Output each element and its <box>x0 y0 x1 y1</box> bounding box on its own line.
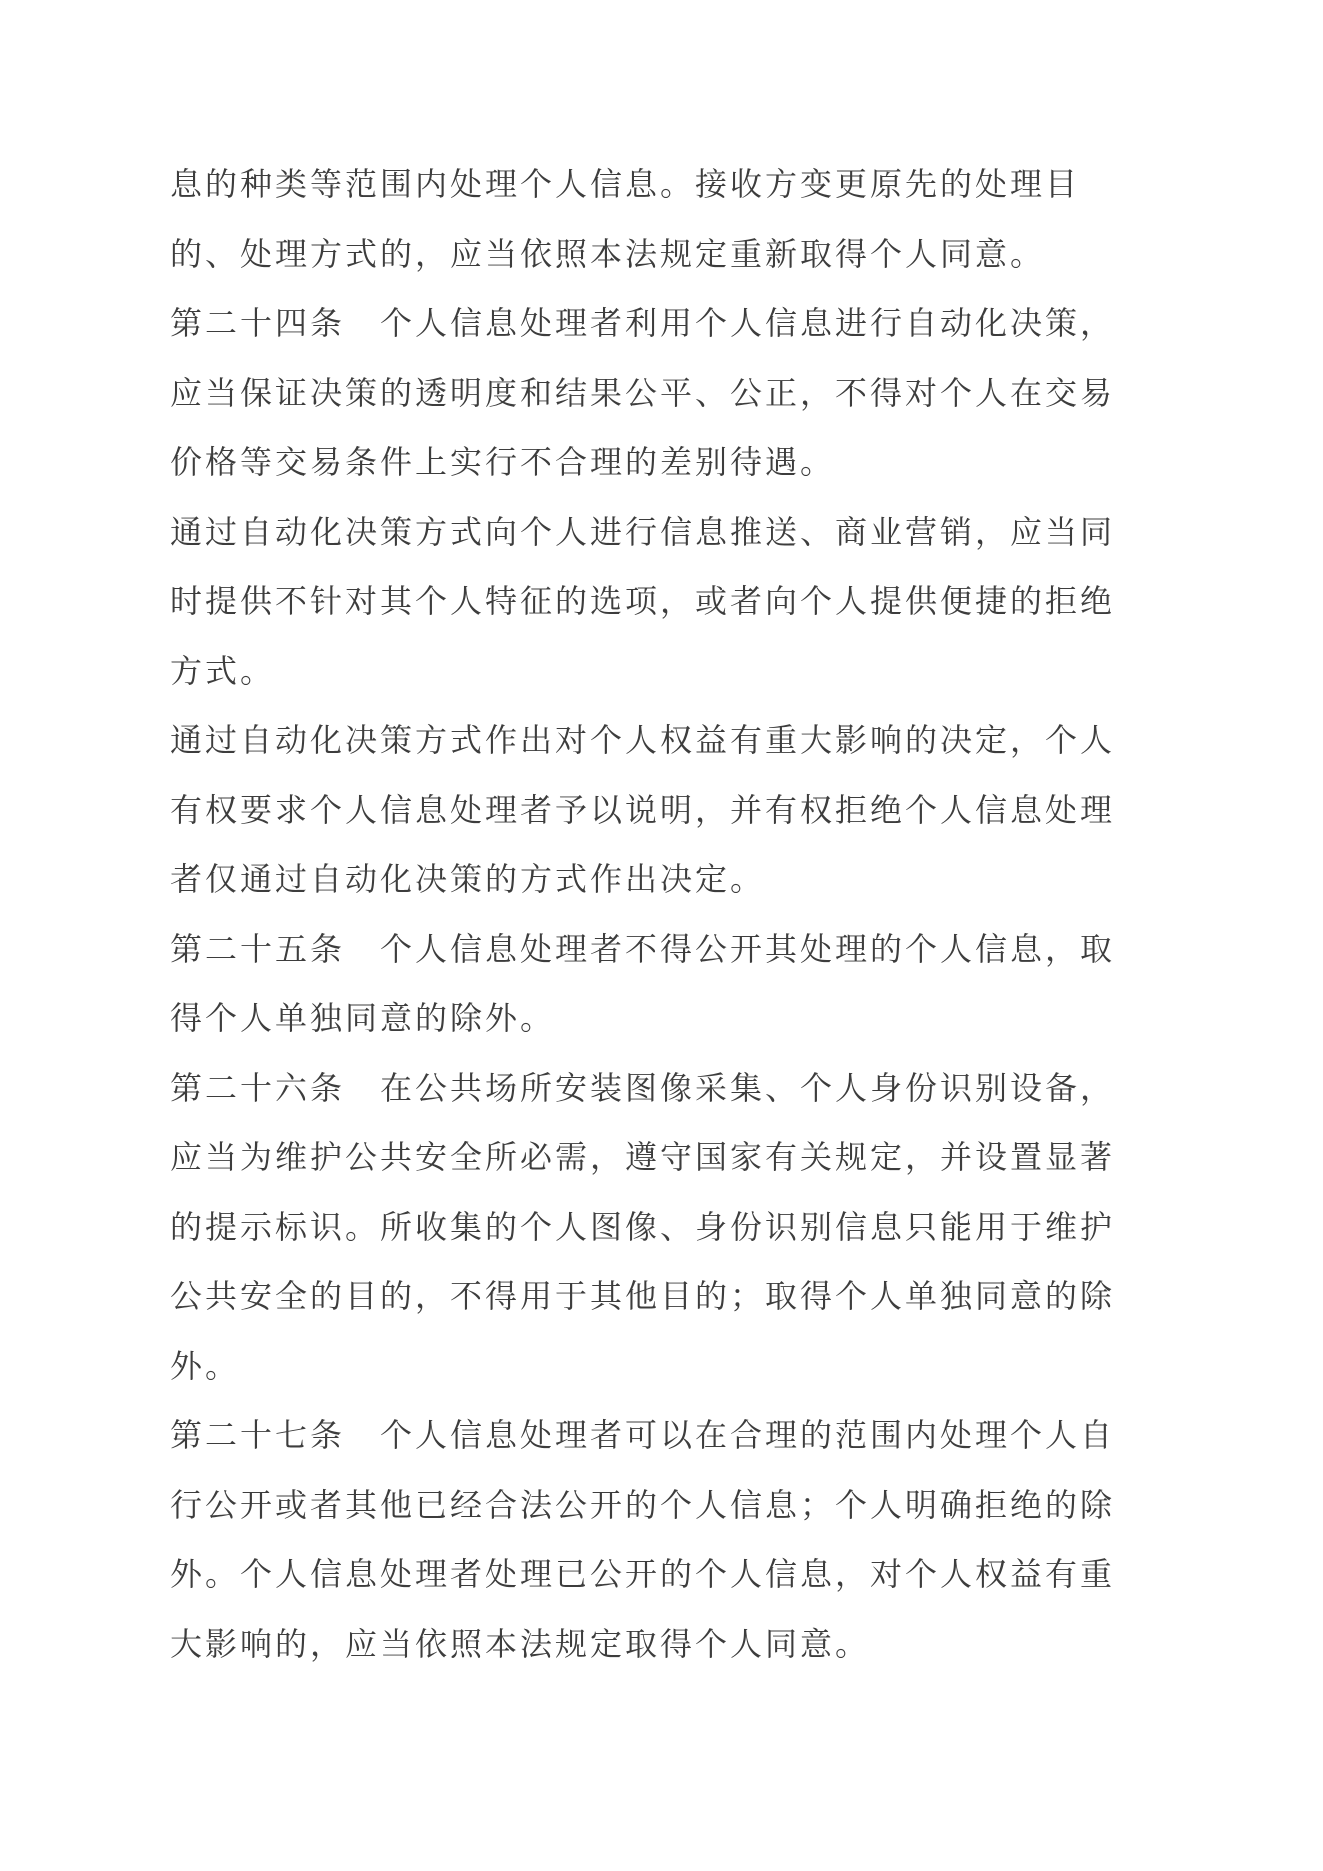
text-line: 方式。 <box>170 637 1160 707</box>
text-line: 公共安全的目的，不得用于其他目的；取得个人单独同意的除 <box>170 1262 1160 1332</box>
text-line: 通过自动化决策方式作出对个人权益有重大影响的决定，个人 <box>170 706 1160 776</box>
text-line: 者仅通过自动化决策的方式作出决定。 <box>170 845 1160 915</box>
text-line: 通过自动化决策方式向个人进行信息推送、商业营销，应当同 <box>170 498 1160 568</box>
text-line: 时提供不针对其个人特征的选项，或者向个人提供便捷的拒绝 <box>170 567 1160 637</box>
text-line: 价格等交易条件上实行不合理的差别待遇。 <box>170 428 1160 498</box>
text-line: 第二十五条 个人信息处理者不得公开其处理的个人信息，取 <box>170 915 1160 985</box>
text-line: 外。个人信息处理者处理已公开的个人信息，对个人权益有重 <box>170 1540 1160 1610</box>
text-line: 的提示标识。所收集的个人图像、身份识别信息只能用于维护 <box>170 1193 1160 1263</box>
text-line: 外。 <box>170 1332 1160 1402</box>
text-line: 第二十四条 个人信息处理者利用个人信息进行自动化决策， <box>170 289 1160 359</box>
document-text-column: 息的种类等范围内处理个人信息。接收方变更原先的处理目的、处理方式的，应当依照本法… <box>170 150 1160 1679</box>
text-line: 大影响的，应当依照本法规定取得个人同意。 <box>170 1610 1160 1680</box>
document-page: 息的种类等范围内处理个人信息。接收方变更原先的处理目的、处理方式的，应当依照本法… <box>0 0 1323 1871</box>
text-line: 有权要求个人信息处理者予以说明，并有权拒绝个人信息处理 <box>170 776 1160 846</box>
text-line: 得个人单独同意的除外。 <box>170 984 1160 1054</box>
text-line: 行公开或者其他已经合法公开的个人信息；个人明确拒绝的除 <box>170 1471 1160 1541</box>
document-body: { "page": { "background_color": "#ffffff… <box>0 0 1323 1871</box>
text-line: 第二十七条 个人信息处理者可以在合理的范围内处理个人自 <box>170 1401 1160 1471</box>
text-line: 的、处理方式的，应当依照本法规定重新取得个人同意。 <box>170 220 1160 290</box>
text-line: 应当保证决策的透明度和结果公平、公正，不得对个人在交易 <box>170 359 1160 429</box>
text-line: 第二十六条 在公共场所安装图像采集、个人身份识别设备， <box>170 1054 1160 1124</box>
text-line: 息的种类等范围内处理个人信息。接收方变更原先的处理目 <box>170 150 1160 220</box>
text-line: 应当为维护公共安全所必需，遵守国家有关规定，并设置显著 <box>170 1123 1160 1193</box>
